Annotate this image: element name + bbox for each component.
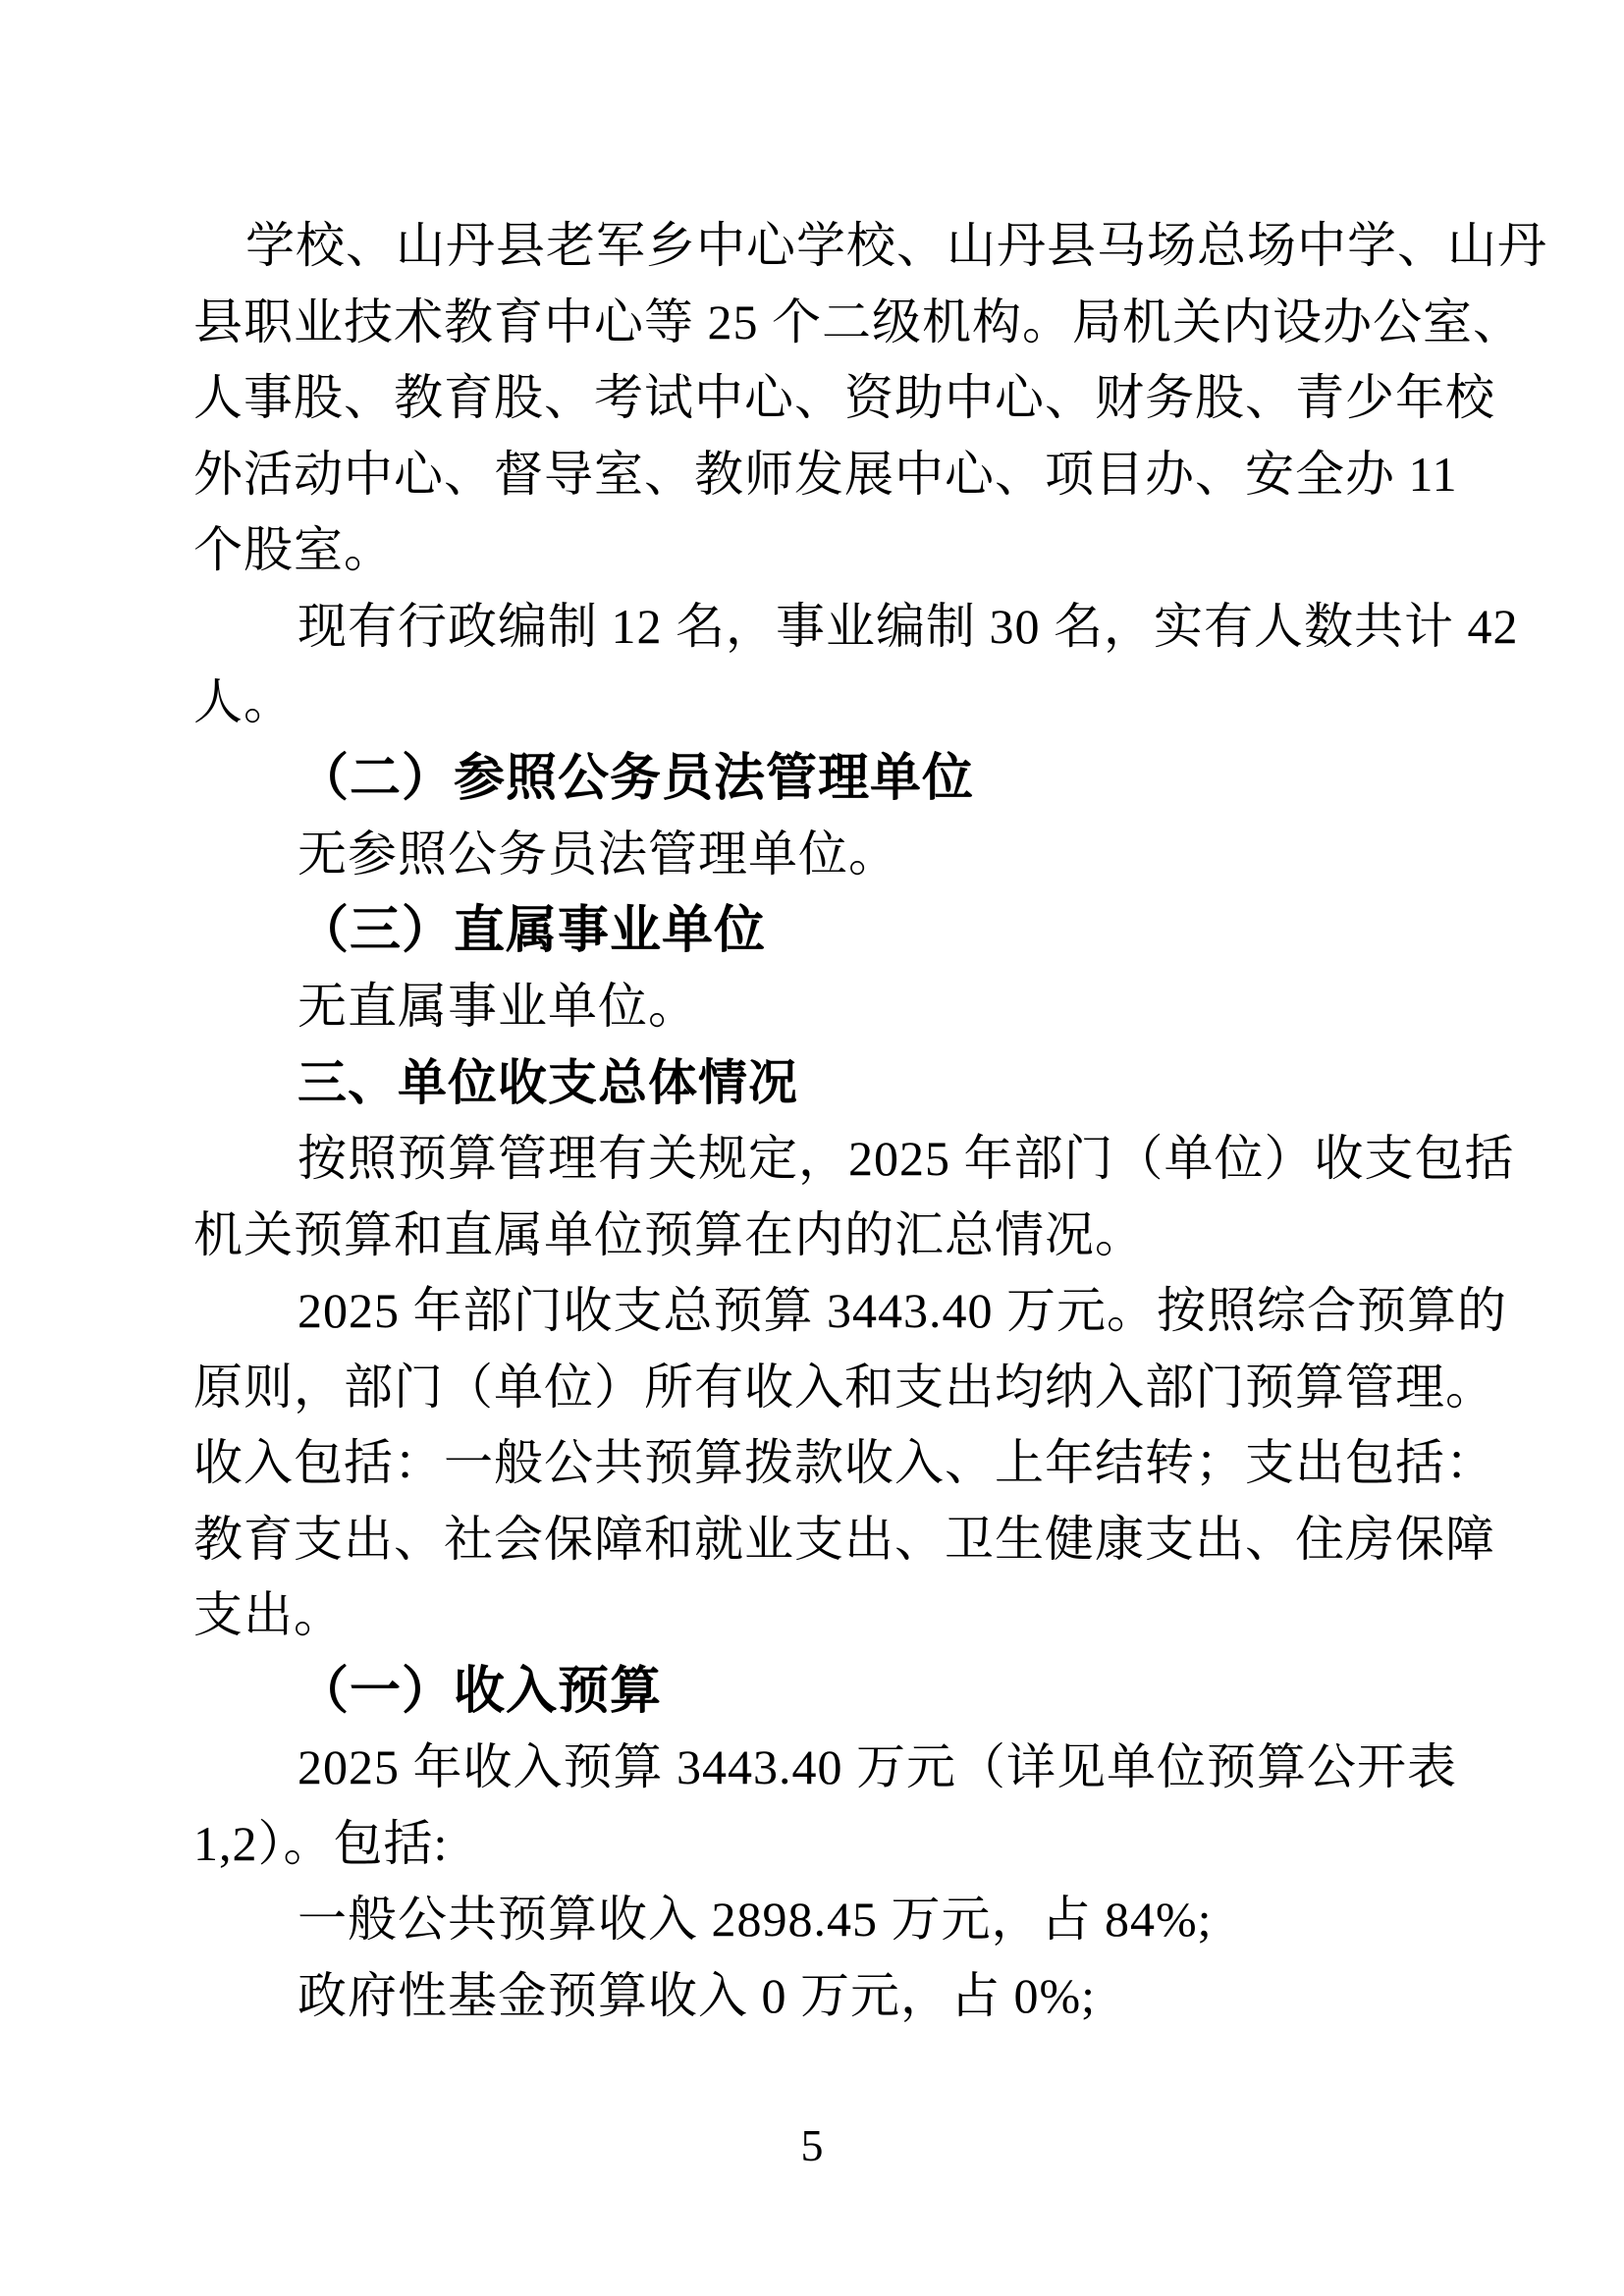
page-number: 5 — [0, 2116, 1624, 2175]
text-line: 一般公共预算收入 2898.45 万元，占 84%; — [193, 1882, 1431, 1958]
text-line: 2025 年收入预算 3443.40 万元（详见单位预算公开表 — [193, 1730, 1431, 1806]
text-line: 机关预算和直属单位预算在内的汇总情况。 — [193, 1198, 1431, 1274]
text-line: 无直属事业单位。 — [193, 969, 1431, 1045]
text-line: （一）收入预算 — [193, 1654, 1431, 1731]
text-line: 无参照公务员法管理单位。 — [193, 817, 1431, 893]
text-line: 人事股、教育股、考试中心、资助中心、财务股、青少年校 — [193, 360, 1431, 437]
text-line: 外活动中心、督导室、教师发展中心、项目办、安全办 11 — [193, 437, 1431, 513]
text-line: 人。 — [193, 665, 1431, 741]
text-line: 个股室。 — [193, 512, 1431, 589]
document-page: 学校、山丹县老军乡中心学校、山丹县马场总场中学、山丹县职业技术教育中心等 25 … — [0, 0, 1624, 2296]
document-body: 学校、山丹县老军乡中心学校、山丹县马场总场中学、山丹县职业技术教育中心等 25 … — [193, 208, 1431, 2034]
text-line: 教育支出、社会保障和就业支出、卫生健康支出、住房保障 — [193, 1502, 1431, 1578]
text-line: 三、单位收支总体情况 — [193, 1045, 1431, 1122]
text-line: 学校、山丹县老军乡中心学校、山丹县马场总场中学、山丹 — [193, 208, 1431, 285]
text-line: 县职业技术教育中心等 25 个二级机构。局机关内设办公室、 — [193, 285, 1431, 361]
text-line: 支出。 — [193, 1577, 1431, 1654]
text-line: 政府性基金预算收入 0 万元，占 0%; — [193, 1958, 1431, 2035]
text-line: 收入包括：一般公共预算拨款收入、上年结转；支出包括： — [193, 1425, 1431, 1502]
text-line: 2025 年部门收支总预算 3443.40 万元。按照综合预算的 — [193, 1273, 1431, 1350]
text-line: 原则，部门（单位）所有收入和支出均纳入部门预算管理。 — [193, 1350, 1431, 1426]
text-line: 现有行政编制 12 名，事业编制 30 名，实有人数共计 42 — [193, 589, 1431, 666]
text-line: 按照预算管理有关规定，2025 年部门（单位）收支包括 — [193, 1121, 1431, 1198]
text-line: 1,2）。包括: — [193, 1806, 1431, 1883]
text-line: （三）直属事业单位 — [193, 893, 1431, 970]
text-line: （二）参照公务员法管理单位 — [193, 741, 1431, 818]
